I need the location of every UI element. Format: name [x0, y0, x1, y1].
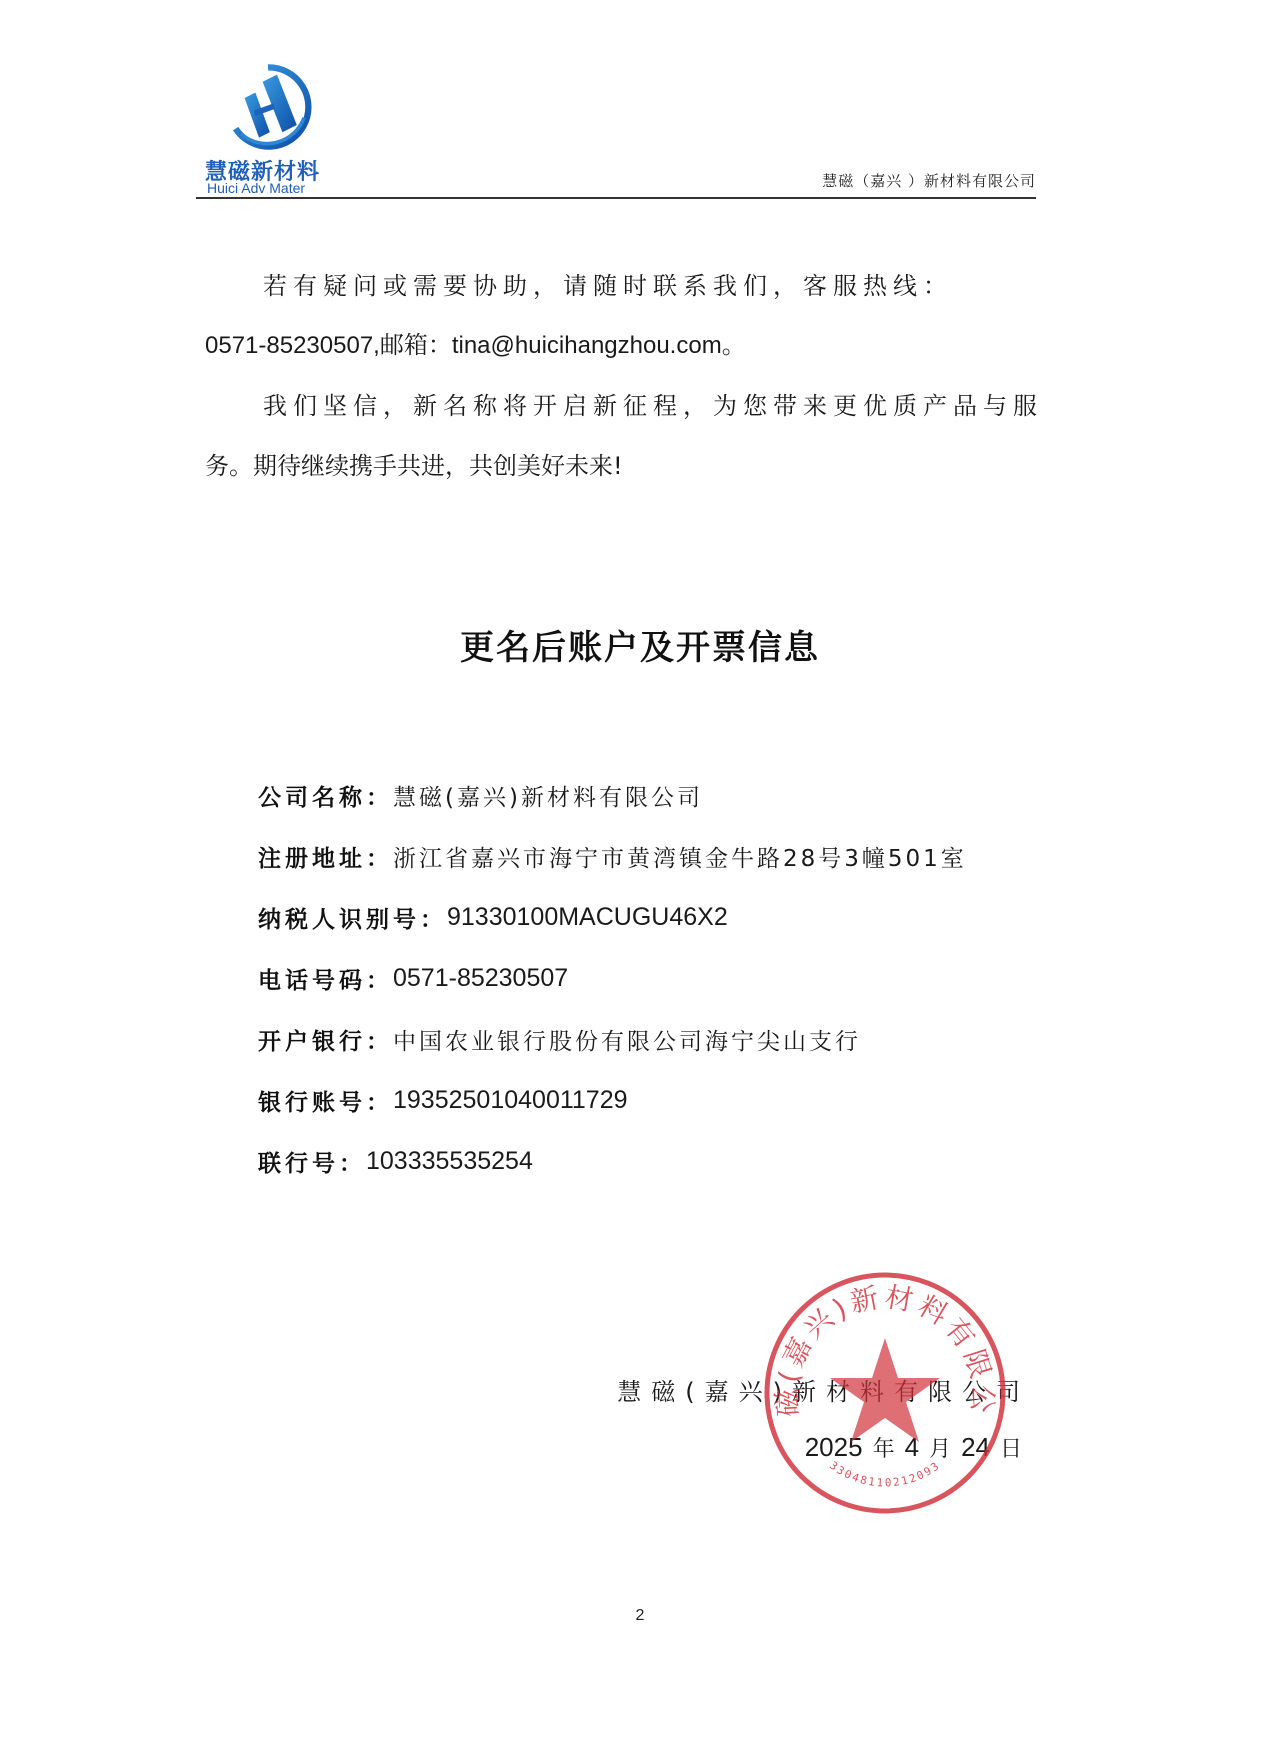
info-value: 19352501040011729	[393, 1086, 628, 1115]
svg-text:3304811021209З: 3304811021209З	[827, 1459, 943, 1490]
closing-line-1: 我们坚信，新名称将开启新征程，为您带来更优质产品与服	[205, 376, 1045, 436]
page-number: 2	[0, 1607, 1280, 1625]
info-row-bank-code: 联行号： 103335535254	[258, 1131, 1058, 1192]
info-row-phone: 电话号码： 0571-85230507	[258, 948, 1058, 1009]
account-info-list: 公司名称： 慧磁(嘉兴)新材料有限公司 注册地址： 浙江省嘉兴市海宁市黄湾镇金牛…	[258, 765, 1058, 1192]
info-label: 银行账号：	[258, 1084, 393, 1117]
document-page: 慧磁新材料 Huici Adv Mater 慧磁（嘉兴 ）新材料有限公司 若有疑…	[0, 0, 1280, 1761]
info-value: 103335535254	[366, 1147, 533, 1176]
info-value: 0571-85230507	[393, 964, 568, 993]
info-label: 开户银行：	[258, 1023, 393, 1056]
info-label: 注册地址：	[258, 840, 393, 873]
header-divider	[196, 197, 1036, 199]
company-seal-icon: 慧磁(嘉兴)新材料有限公司 3304811021209З	[760, 1268, 1010, 1518]
info-label: 联行号：	[258, 1145, 366, 1178]
huici-logo-icon	[223, 62, 313, 152]
company-logo: 慧磁新材料 Huici Adv Mater	[205, 62, 335, 197]
closing-paragraph: 我们坚信，新名称将开启新征程，为您带来更优质产品与服 务。期待继续携手共进，共创…	[205, 376, 1045, 496]
contact-paragraph: 若有疑问或需要协助，请随时联系我们，客服热线： 0571-85230507,邮箱…	[205, 256, 1045, 376]
info-row-company-name: 公司名称： 慧磁(嘉兴)新材料有限公司	[258, 765, 1058, 826]
header-company-name: 慧磁（嘉兴 ）新材料有限公司	[822, 170, 1036, 191]
contact-line-1: 若有疑问或需要协助，请随时联系我们，客服热线：	[205, 256, 1045, 316]
info-label: 纳税人识别号：	[258, 901, 447, 934]
closing-line-2: 务。期待继续携手共进，共创美好未来!	[205, 436, 1045, 496]
info-value: 浙江省嘉兴市海宁市黄湾镇金牛路28号3幢501室	[393, 840, 967, 873]
section-title: 更名后账户及开票信息	[0, 620, 1280, 669]
info-row-bank: 开户银行： 中国农业银行股份有限公司海宁尖山支行	[258, 1009, 1058, 1070]
info-value: 中国农业银行股份有限公司海宁尖山支行	[393, 1023, 861, 1056]
info-row-registered-address: 注册地址： 浙江省嘉兴市海宁市黄湾镇金牛路28号3幢501室	[258, 826, 1058, 887]
logo-name-en: Huici Adv Mater	[207, 180, 305, 196]
contact-line-2: 0571-85230507,邮箱：tina@huicihangzhou.com。	[205, 316, 1045, 376]
info-value: 慧磁(嘉兴)新材料有限公司	[393, 779, 703, 812]
info-value: 91330100MACUGU46X2	[447, 903, 728, 932]
info-label: 电话号码：	[258, 962, 393, 995]
info-row-bank-account: 银行账号： 19352501040011729	[258, 1070, 1058, 1131]
info-label: 公司名称：	[258, 779, 393, 812]
info-row-tax-id: 纳税人识别号： 91330100MACUGU46X2	[258, 887, 1058, 948]
